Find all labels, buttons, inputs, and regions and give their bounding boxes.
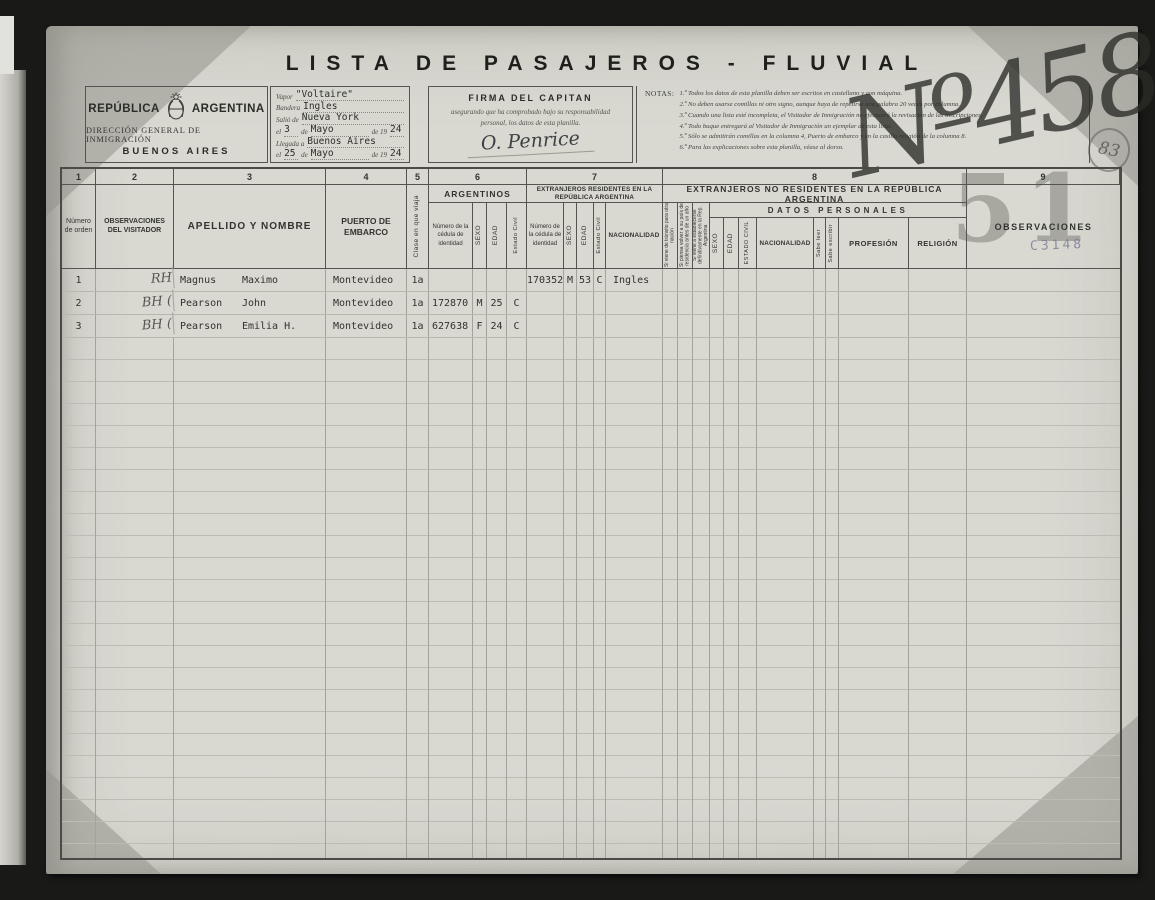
cell-arg-estado bbox=[507, 269, 527, 291]
table-row: 2 BH ( Pearson John Montevideo 1a 172870… bbox=[62, 292, 1120, 315]
header-arg-cedula: Número de la cédula de identidad bbox=[429, 203, 473, 269]
cell-res-estado bbox=[594, 315, 606, 337]
header-nr-nacionalidad: NACIONALIDAD bbox=[757, 218, 814, 269]
bandera-label: Bandera bbox=[276, 105, 300, 113]
cell-res-sexo bbox=[564, 292, 577, 314]
cell-observaciones bbox=[967, 315, 1120, 337]
cell-class: 1a bbox=[407, 292, 429, 314]
header-residentes: EXTRANJEROS RESIDENTES EN LA REPÚBLICA A… bbox=[527, 185, 663, 203]
header-arg-edad: EDAD bbox=[487, 203, 507, 269]
header-res-cedula: Número de la cédula de identidad bbox=[527, 203, 564, 269]
passenger-table: 1 2 3 4 5 6 7 8 9 Número de orden OBSERV… bbox=[60, 167, 1122, 860]
cell-res-sexo: M bbox=[564, 269, 577, 291]
adjacent-page-edge bbox=[0, 70, 26, 865]
empty-ruled-rows bbox=[62, 338, 1120, 858]
col-number: 9 bbox=[967, 169, 1120, 185]
scanned-document-background: LISTA DE PASAJEROS - FLUVIAL REPÚBLICA bbox=[0, 0, 1155, 900]
header-datos-personales: DATOS PERSONALES bbox=[710, 203, 967, 218]
header-nr-establecerse: Si viene a establecerse definitivamente … bbox=[693, 203, 710, 269]
note-item: 5.ª Sólo se admitirán comillas en la col… bbox=[679, 132, 982, 143]
header-numero-orden: Número de orden bbox=[62, 185, 96, 269]
header-nr-sabe-leer: Sabe leer bbox=[814, 218, 826, 269]
table-row: 1 RH Magnus Maximo Montevideo 1a 170352 … bbox=[62, 269, 1120, 292]
notes-list: 1.ª Todos los datos de esta planilla deb… bbox=[679, 89, 982, 163]
departure-month: Mayo bbox=[311, 125, 369, 136]
arrival-month: Mayo bbox=[311, 149, 369, 160]
cell-arg-sexo: M bbox=[473, 292, 487, 314]
header-nr-transito: Si viene de tránsito para otra nación bbox=[663, 203, 678, 269]
cell-port: Montevideo bbox=[326, 269, 407, 291]
header-nr-estado: ESTADO CIVIL bbox=[739, 218, 757, 269]
cell-res-edad bbox=[577, 315, 594, 337]
note-item: 2.ª No deben usarse comillas ni otro sig… bbox=[679, 100, 982, 111]
cell-res-nacionalidad bbox=[606, 292, 663, 314]
vessel-details-box: Vapor "Voltaire" Bandera Ingles Salió de… bbox=[270, 86, 410, 163]
vapor-value: "Voltaire" bbox=[296, 90, 404, 101]
captain-signature: O. Penrice bbox=[466, 127, 594, 159]
cell-arg-sexo bbox=[473, 269, 487, 291]
table-header: 1 2 3 4 5 6 7 8 9 Número de orden OBSERV… bbox=[62, 169, 1120, 269]
header-arg-sexo: SEXO bbox=[473, 203, 487, 269]
header-nr-volver: Si piensa volver a su país de residencia… bbox=[678, 203, 693, 269]
cell-name: Pearson Emilia H. bbox=[174, 315, 326, 337]
org-bureau: DIRECCIÓN GENERAL DE INMIGRACIÓN bbox=[86, 126, 267, 144]
cell-name: Pearson John bbox=[174, 292, 326, 314]
header-res-edad: EDAD bbox=[577, 203, 594, 269]
cell-res-cedula bbox=[527, 315, 564, 337]
cell-res-cedula bbox=[527, 292, 564, 314]
header-clase-viaja: Clase en que viaja bbox=[407, 185, 429, 269]
captain-signature-box: FIRMA DEL CAPITAN asegurando que ha comp… bbox=[428, 86, 633, 163]
cell-arg-sexo: F bbox=[473, 315, 487, 337]
org-country-right: ARGENTINA bbox=[192, 103, 265, 115]
cell-port: Montevideo bbox=[326, 292, 407, 314]
header-no-residentes: EXTRANJEROS NO RESIDENTES EN LA REPÚBLIC… bbox=[663, 185, 967, 203]
col-number: 5 bbox=[407, 169, 429, 185]
header-observaciones-visitador: OBSERVACIONES DEL VISITADOR bbox=[96, 185, 174, 269]
captain-statement: asegurando que ha comprobado bajo su res… bbox=[437, 107, 624, 128]
cell-res-estado bbox=[594, 292, 606, 314]
el-label: el bbox=[276, 152, 281, 160]
cell-res-cedula: 170352 bbox=[527, 269, 564, 291]
table-row: 3 BH ( Pearson Emilia H. Montevideo 1a 6… bbox=[62, 315, 1120, 338]
col-number: 4 bbox=[326, 169, 407, 185]
cell-observaciones bbox=[967, 269, 1120, 291]
header-apellido-nombre: APELLIDO Y NOMBRE bbox=[174, 185, 326, 269]
de19-label: de 19 bbox=[372, 152, 387, 160]
cell-class: 1a bbox=[407, 315, 429, 337]
notes-label: NOTAS: bbox=[645, 89, 674, 163]
cell-res-edad bbox=[577, 292, 594, 314]
cell-num: 1 bbox=[62, 269, 96, 291]
cell-port: Montevideo bbox=[326, 315, 407, 337]
issuing-authority-box: REPÚBLICA bbox=[85, 86, 268, 163]
org-country-left: REPÚBLICA bbox=[88, 103, 160, 115]
header-res-sexo: SEXO bbox=[564, 203, 577, 269]
form-header: REPÚBLICA bbox=[85, 86, 1090, 163]
cell-arg-edad bbox=[487, 269, 507, 291]
note-item: 3.ª Cuando una lista esté incompleta, el… bbox=[679, 111, 982, 122]
cell-res-edad: 53 bbox=[577, 269, 594, 291]
header-res-estado: Estado Civil bbox=[594, 203, 606, 269]
cell-arg-edad: 25 bbox=[487, 292, 507, 314]
cell-visitor-mark: BH ( bbox=[95, 312, 174, 339]
cell-res-sexo bbox=[564, 315, 577, 337]
departure-day: 3 bbox=[284, 125, 298, 136]
cell-num: 2 bbox=[62, 292, 96, 314]
cell-arg-estado: C bbox=[507, 315, 527, 337]
header-puerto-embarco: PUERTO DE EMBARCO bbox=[326, 185, 407, 269]
header-nr-sexo: SEXO bbox=[710, 218, 724, 269]
cell-arg-estado: C bbox=[507, 292, 527, 314]
captain-box-title: FIRMA DEL CAPITAN bbox=[437, 93, 624, 103]
cell-class: 1a bbox=[407, 269, 429, 291]
cell-arg-cedula: 172870 bbox=[429, 292, 473, 314]
arrival-day: 25 bbox=[284, 149, 298, 160]
passenger-list-page: LISTA DE PASAJEROS - FLUVIAL REPÚBLICA bbox=[46, 26, 1138, 874]
de-label: de bbox=[301, 152, 308, 160]
header-res-nacionalidad: NACIONALIDAD bbox=[606, 203, 663, 269]
cell-arg-edad: 24 bbox=[487, 315, 507, 337]
org-city: BUENOS AIRES bbox=[123, 146, 231, 157]
col-number: 3 bbox=[174, 169, 326, 185]
note-item: 1.ª Todos los datos de esta planilla deb… bbox=[679, 89, 982, 100]
notes-box: NOTAS: 1.ª Todos los datos de esta plani… bbox=[636, 86, 1090, 163]
header-argentinos: ARGENTINOS bbox=[429, 185, 527, 203]
adjacent-page-edge-top bbox=[0, 16, 14, 74]
col-number: 2 bbox=[96, 169, 174, 185]
header-nr-sabe-escribir: Sabe escribir bbox=[826, 218, 839, 269]
arrival-year: 24 bbox=[390, 149, 404, 160]
cell-name: Magnus Maximo bbox=[174, 269, 326, 291]
cell-res-nacionalidad bbox=[606, 315, 663, 337]
header-arg-estado: Estado Civil bbox=[507, 203, 527, 269]
note-item: 6.ª Para las explicaciones sobre esta pl… bbox=[679, 143, 982, 154]
cell-arg-cedula: 627638 bbox=[429, 315, 473, 337]
col-number: 1 bbox=[62, 169, 96, 185]
cell-arg-cedula bbox=[429, 269, 473, 291]
header-observaciones: OBSERVACIONES bbox=[967, 185, 1120, 269]
cell-num: 3 bbox=[62, 315, 96, 337]
page-title: LISTA DE PASAJEROS - FLUVIAL bbox=[46, 52, 1138, 76]
llegada-value: Buenos Aires bbox=[307, 137, 404, 148]
col-number: 8 bbox=[663, 169, 967, 185]
note-item: 4.ª Todo buque entregará al Visitador de… bbox=[679, 122, 982, 133]
el-label: el bbox=[276, 129, 281, 137]
cell-res-nacionalidad: Ingles bbox=[606, 269, 663, 291]
vapor-label: Vapor bbox=[276, 94, 293, 102]
header-nr-edad: EDAD bbox=[724, 218, 739, 269]
header-nr-profesion: PROFESIÓN bbox=[839, 218, 909, 269]
col-number: 6 bbox=[429, 169, 527, 185]
coat-of-arms-icon bbox=[165, 92, 187, 125]
col-number: 7 bbox=[527, 169, 663, 185]
header-nr-religion: RELIGIÓN bbox=[909, 218, 967, 269]
cell-observaciones bbox=[967, 292, 1120, 314]
cell-res-estado: C bbox=[594, 269, 606, 291]
departure-year: 24 bbox=[390, 125, 404, 136]
